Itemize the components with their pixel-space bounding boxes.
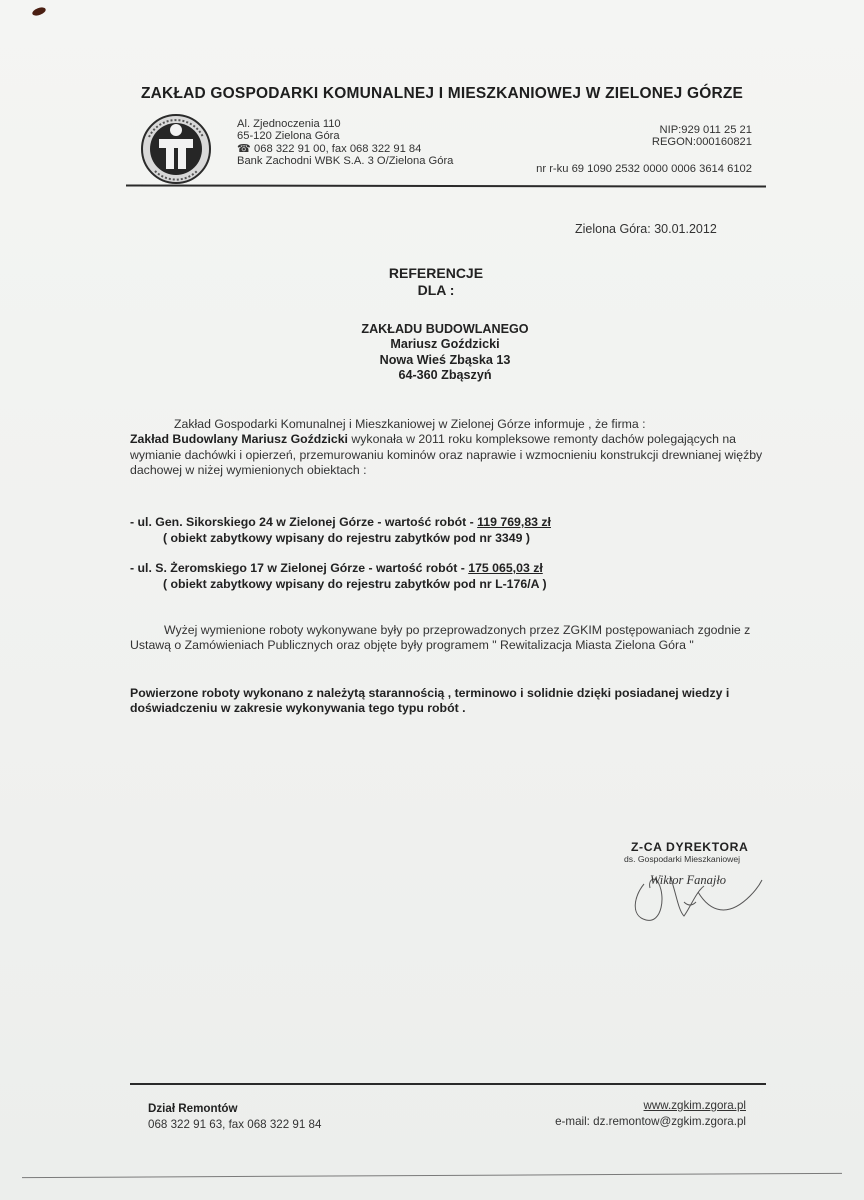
address-street: Al. Zjednoczenia 110 (237, 118, 453, 130)
work-item-note: ( obiekt zabytkowy wpisany do rejestru z… (130, 577, 770, 593)
work-item: - ul. Gen. Sikorskiego 24 w Zielonej Gór… (130, 515, 770, 546)
footer-divider (130, 1083, 766, 1085)
address-city: 65-120 Zielona Góra (237, 130, 453, 142)
recipient-line: Mariusz Goździcki (300, 337, 590, 352)
signatory-name: Wiktor Fanajło (650, 873, 726, 888)
letter-page: ZAKŁAD GOSPODARKI KOMUNALNEJ I MIESZKANI… (0, 0, 864, 1200)
procurement-text: Wyżej wymienione roboty wykonywane były … (130, 623, 750, 652)
header-divider (126, 184, 766, 187)
footer-phone: 068 322 91 63, fax 068 322 91 84 (148, 1117, 321, 1133)
procurement-paragraph: Wyżej wymienione roboty wykonywane były … (130, 623, 770, 654)
footer-department: Dział Remontów (148, 1101, 321, 1117)
work-item: - ul. S. Żeromskiego 17 w Zielonej Górze… (130, 561, 770, 592)
evaluation-paragraph: Powierzone roboty wykonano z należytą st… (130, 686, 770, 717)
document-title: REFERENCJE DLA : (380, 265, 492, 299)
sender-address: Al. Zjednoczenia 110 65-120 Zielona Góra… (237, 118, 453, 168)
intro-text: Zakład Gospodarki Komunalnej i Mieszkani… (174, 417, 646, 431)
regon-number: REGON:000160821 (652, 136, 752, 148)
nip-number: NIP:929 011 25 21 (652, 124, 752, 136)
work-item-amount: 119 769,83 zł (477, 515, 551, 529)
work-item-amount: 175 065,03 zł (468, 561, 543, 575)
footer-website-link[interactable]: www.zgkim.zgora.pl (555, 1098, 746, 1114)
document-title-line2: DLA : (380, 282, 492, 299)
work-item-text: - ul. S. Żeromskiego 17 w Zielonej Górze… (130, 561, 468, 575)
recipient-line: 64-360 Zbąszyń (300, 368, 590, 383)
footer-online: www.zgkim.zgora.pl e-mail: dz.remontow@z… (555, 1098, 746, 1129)
company-name: Zakład Budowlany Mariusz Goździcki (130, 432, 348, 446)
signature-block: Z-CA DYREKTORA ds. Gospodarki Mieszkanio… (600, 836, 780, 936)
bank-account-number: nr r-ku 69 1090 2532 0000 0006 3614 6102 (536, 163, 752, 175)
address-phone-fax: ☎ 068 322 91 00, fax 068 322 91 84 (237, 143, 453, 155)
recipient-line: ZAKŁADU BUDOWLANEGO (300, 322, 590, 337)
document-title-line1: REFERENCJE (380, 265, 492, 282)
address-bank: Bank Zachodni WBK S.A. 3 O/Zielona Góra (237, 155, 453, 167)
ink-smudge (31, 6, 47, 17)
paper-edge (22, 1173, 842, 1178)
recipient-block: ZAKŁADU BUDOWLANEGO Mariusz Goździcki No… (300, 322, 590, 384)
intro-paragraph: Zakład Gospodarki Komunalnej i Mieszkani… (130, 417, 770, 478)
footer-contact: Dział Remontów 068 322 91 63, fax 068 32… (148, 1101, 321, 1132)
signatory-department: ds. Gospodarki Mieszkaniowej (624, 854, 740, 864)
signatory-title: Z-CA DYREKTORA (631, 840, 748, 854)
date-line: Zielona Góra: 30.01.2012 (575, 222, 717, 236)
organization-title: ZAKŁAD GOSPODARKI KOMUNALNEJ I MIESZKANI… (141, 85, 781, 103)
tax-ids: NIP:929 011 25 21 REGON:000160821 (652, 124, 752, 149)
work-item-note: ( obiekt zabytkowy wpisany do rejestru z… (130, 531, 770, 547)
work-item-text: - ul. Gen. Sikorskiego 24 w Zielonej Gór… (130, 515, 477, 529)
footer-email[interactable]: e-mail: dz.remontow@zgkim.zgora.pl (555, 1114, 746, 1130)
zgkim-logo-icon (135, 113, 217, 185)
recipient-line: Nowa Wieś Zbąska 13 (300, 353, 590, 368)
